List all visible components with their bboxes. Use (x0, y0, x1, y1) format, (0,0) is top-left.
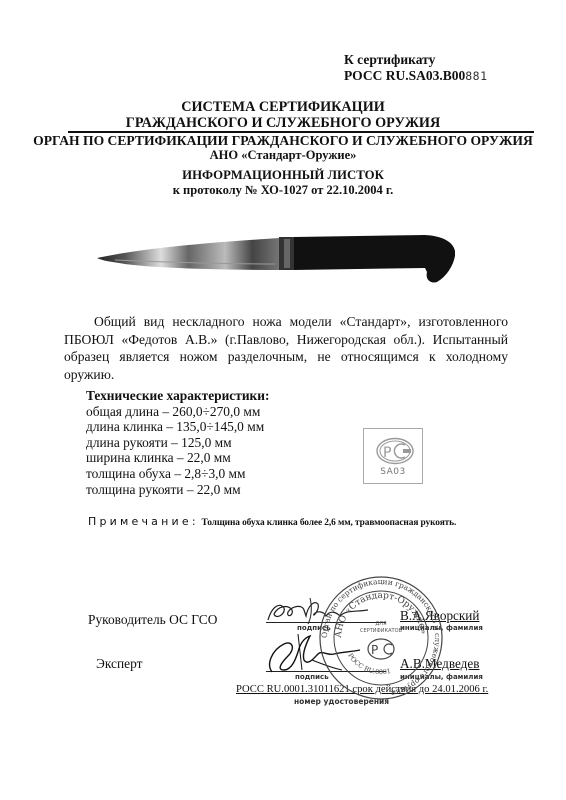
certificate-ref-line2: РОСС RU.SA03.B00881 (344, 68, 488, 84)
svg-text:P: P (371, 643, 378, 657)
conformity-code: SA03 (364, 467, 422, 477)
note-label: Примечание: (88, 515, 199, 528)
system-title-line1: СИСТЕМА СЕРТИФИКАЦИИ (0, 99, 566, 115)
note-text: Толщина обуха клинка более 2,6 мм, травм… (201, 518, 456, 528)
stamp-center-mid: СЕРТИФИКАТОВ (360, 628, 402, 634)
expert-signature-line (266, 671, 386, 672)
spec-item: длина клинка – 135,0÷145,0 мм (86, 419, 269, 435)
expert-name: А.В.Медведев (400, 656, 479, 672)
head-name: В.А.Яворский (400, 608, 479, 624)
certification-organ: ОРГАН ПО СЕРТИФИКАЦИИ ГРАЖДАНСКОГО И СЛУ… (0, 133, 566, 149)
note: Примечание: Толщина обуха клинка более 2… (88, 515, 456, 530)
spec-item: толщина обуха – 2,8÷3,0 мм (86, 466, 269, 482)
head-signature-caption: подпись (297, 624, 331, 632)
certificate-reference: К сертификату РОСС RU.SA03.B00881 (344, 52, 488, 84)
product-description: Общий вид нескладного ножа модели «Станд… (64, 313, 508, 383)
registration-number: РОСС RU.0001.31011621 срок действия до 2… (236, 684, 488, 695)
organization-name: АНО «Стандарт-Оружие» (0, 148, 566, 163)
head-name-caption: инициалы, фамилия (400, 624, 483, 632)
certificate-number-handwritten: 881 (465, 69, 487, 83)
certificate-ref-line1: К сертификату (344, 52, 488, 68)
conformity-mark: P SA03 (363, 428, 423, 484)
specs-title: Технические характеристики: (86, 388, 269, 404)
rst-conformity-icon: P (375, 437, 415, 465)
expert-signature-caption: подпись (295, 673, 329, 681)
technical-specs: Технические характеристики: общая длина … (86, 388, 269, 497)
head-role-label: Руководитель ОС ГСО (88, 612, 217, 628)
certificate-number-printed: РОСС RU.SA03.B00 (344, 68, 465, 83)
spec-item: ширина клинка – 22,0 мм (86, 450, 269, 466)
head-signature-line (266, 622, 386, 623)
description-text: Общий вид нескладного ножа модели «Станд… (64, 313, 508, 383)
knife-photo-icon (95, 220, 455, 290)
svg-text:P: P (383, 445, 391, 461)
registration-caption: номер удостоверения (294, 697, 389, 706)
official-stamp-icon: Орган по сертификации гражданского и слу… (318, 575, 444, 701)
svg-text:РОСС RU.0001: РОСС RU.0001 (346, 652, 391, 676)
expert-name-caption: инициалы, фамилия (400, 673, 483, 681)
spec-item: длина рукояти – 125,0 мм (86, 435, 269, 451)
expert-role-label: Эксперт (96, 656, 142, 672)
spec-item: толщина рукояти – 22,0 мм (86, 482, 269, 498)
protocol-reference: к протоколу № ХО-1027 от 22.10.2004 г. (0, 183, 566, 198)
spec-item: общая длина – 260,0÷270,0 мм (86, 404, 269, 420)
document-title: ИНФОРМАЦИОННЫЙ ЛИСТОК (0, 168, 566, 183)
stamp-bottom-text: РОСС RU.0001 (346, 652, 391, 676)
system-title-line2: ГРАЖДАНСКОГО И СЛУЖЕБНОГО ОРУЖИЯ (0, 115, 566, 131)
